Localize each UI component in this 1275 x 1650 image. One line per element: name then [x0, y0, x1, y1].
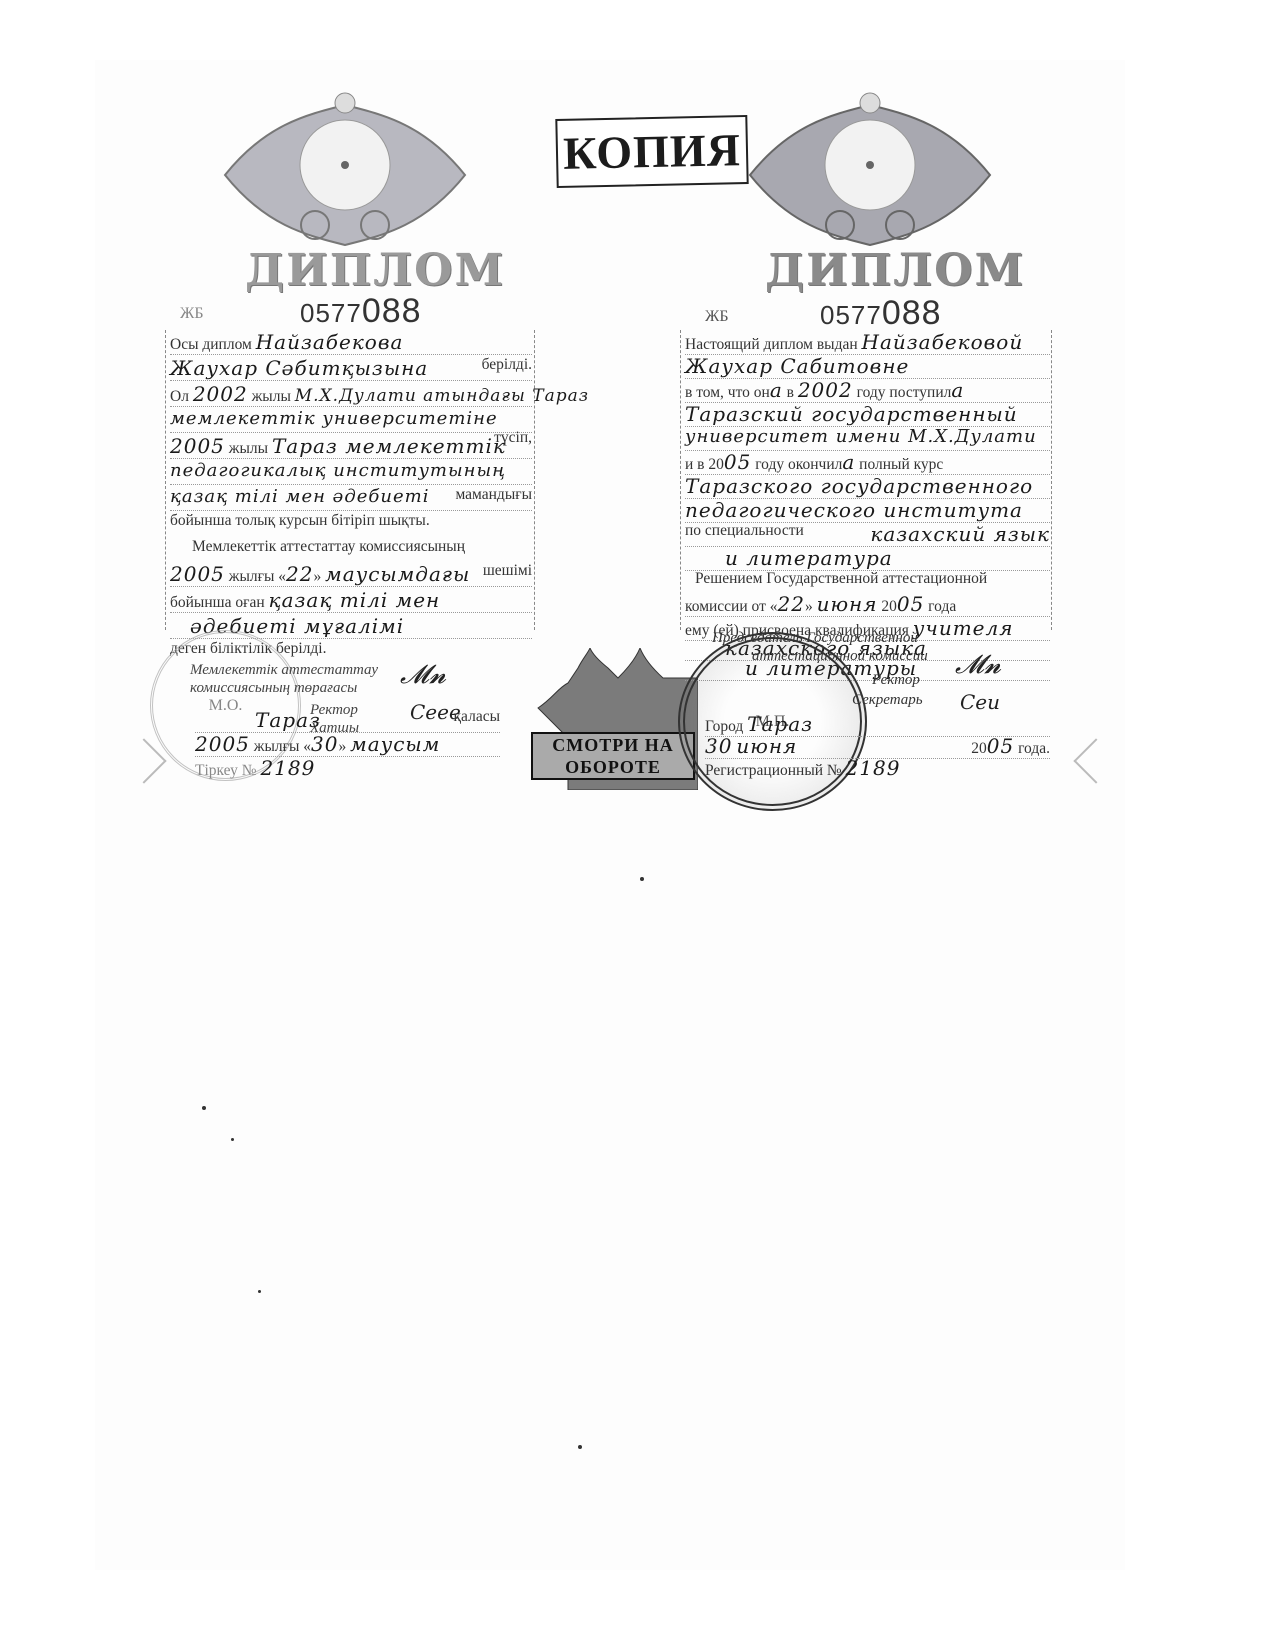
right-rector-signature: 𝓜𝓷	[955, 650, 1001, 681]
label: Решением Государственной аттестационной	[695, 570, 987, 587]
label: году поступил	[857, 384, 952, 401]
left-reg-line: Тіркеу № 2189	[195, 756, 500, 780]
right-line-4: Таразский государственный	[685, 402, 1050, 427]
right-diploma-title: ДИПЛОМ	[765, 245, 1025, 296]
label: »	[314, 568, 322, 585]
left-number-big: 088	[362, 292, 422, 330]
handwritten-month: июня	[817, 592, 878, 616]
label: комиссии от «	[685, 598, 777, 615]
label: в том, что он	[685, 384, 770, 401]
label: бойынша оған	[170, 594, 265, 611]
handwritten-gender: а	[951, 378, 964, 402]
handwritten-institute: Таразского государственного	[685, 474, 1033, 498]
copy-stamp: КОПИЯ	[555, 115, 748, 188]
right-line-2: Жаухар Сабитовне	[685, 354, 1050, 379]
label: бойынша толық курсын бітіріп шықты.	[170, 512, 430, 529]
left-line-5: 2005 жылы Тараз мемлекеттік	[170, 434, 532, 459]
left-line-2: Жаухар Сәбитқызына берілді.	[170, 356, 532, 381]
see-reverse-line-1: СМОТРИ НА	[533, 734, 693, 756]
right-reg-line: Регистрационный № 2189	[705, 756, 1050, 780]
right-line-3: в том, что она в 2002 году поступила	[685, 378, 1050, 403]
handwritten-university: Таразский государственный	[685, 402, 1018, 426]
label: Тіркеу №	[195, 762, 257, 779]
chair-label: аттестационной комиссии	[752, 648, 928, 665]
label: по специальности	[685, 522, 804, 539]
handwritten-month: маусым	[350, 732, 440, 756]
left-rector-signature: 𝓜𝓷	[400, 660, 446, 691]
handwritten-specialty: и литература	[725, 546, 893, 570]
label: шешімі	[483, 562, 532, 580]
handwritten-university: университет имени М.Х.Дулати	[685, 426, 1037, 447]
left-line-10: 2005 жылғы «22» маусымдағы шешімі	[170, 562, 532, 587]
left-series: ЖБ	[180, 305, 204, 323]
see-reverse-stamp: СМОТРИ НАОБОРОТЕ	[531, 732, 695, 780]
label: Настоящий диплом выдан	[685, 336, 858, 353]
left-city-line: Тараз қаласы	[195, 708, 500, 733]
handwritten-year: 2005	[195, 732, 250, 756]
handwritten-gender: а	[770, 378, 783, 402]
label: жылы	[229, 440, 268, 457]
label: полный курс	[859, 456, 943, 473]
secretary-label: Секретарь	[852, 692, 923, 709]
right-emblem-ornament	[730, 85, 1010, 260]
label: мамандығы	[455, 486, 532, 504]
left-line-7: қазақ тілі мен әдебиеті мамандығы	[170, 486, 532, 511]
handwritten-month: маусымдағы	[325, 562, 470, 586]
label: жылы	[252, 388, 291, 405]
handwritten-reg-number: 2189	[260, 756, 315, 780]
handwritten-institute: педагогического института	[685, 498, 1023, 522]
label: 20	[881, 598, 897, 615]
handwritten-year: 05	[897, 592, 924, 616]
handwritten-university: М.Х.Дулати атындағы Тараз	[295, 386, 589, 406]
right-line-6: и в 2005 году окончила полный курс	[685, 450, 1050, 475]
label: Мемлекеттік аттестаттау комиссиясының	[192, 538, 465, 555]
handwritten-text: Тараз мемлекеттік	[272, 434, 506, 458]
label: году окончил	[755, 456, 842, 473]
left-emblem-ornament	[205, 85, 485, 260]
handwritten-city: Тараз	[747, 712, 813, 736]
label: Город	[705, 718, 743, 735]
handwritten-year: 2005	[170, 562, 225, 586]
handwritten-specialty: қазақ тілі мен әдебиеті	[170, 486, 429, 507]
handwritten-specialty: казахский язык	[870, 522, 1050, 546]
handwritten-qualification: қазақ тілі мен	[269, 588, 441, 612]
right-number-big: 088	[882, 294, 942, 332]
left-line-1: Осы диплом Найзабекова	[170, 330, 532, 355]
right-line-12: комиссии от «22» июня 2005 года	[685, 592, 1050, 617]
label: жылғы «	[254, 738, 311, 755]
right-number-small: 0577	[820, 300, 882, 330]
handwritten-year: 05	[724, 450, 751, 474]
right-diploma-number: 0577088	[820, 294, 942, 333]
left-number-small: 0577	[300, 298, 362, 328]
left-line-6: педагогикалық институтының	[170, 460, 532, 485]
handwritten-day: 22	[777, 592, 804, 616]
handwritten-text: мемлекеттік университетіне	[170, 408, 498, 429]
left-date-line: 2005 жылғы «30» маусым	[195, 732, 500, 757]
handwritten-gender: а	[842, 450, 855, 474]
handwritten-year: 2002	[193, 382, 248, 406]
handwritten-name: Жаухар Сәбитқызына	[170, 356, 428, 380]
right-line-10: и литература	[685, 546, 1050, 571]
handwritten-day: 22	[286, 562, 313, 586]
left-line-8: бойынша толық курсын бітіріп шықты.	[170, 512, 532, 536]
rector-label: Ректор	[872, 672, 920, 689]
left-line-11: бойынша оған қазақ тілі мен	[170, 588, 532, 613]
scan-speck	[202, 1106, 206, 1110]
label: Ол	[170, 388, 189, 405]
handwritten-text: педагогикалық институтының	[170, 460, 506, 481]
left-line-9: Мемлекеттік аттестаттау комиссиясының	[170, 538, 532, 562]
label: »	[805, 598, 813, 615]
right-line-9: по специальности казахский язык	[685, 522, 1050, 547]
handwritten-name: Жаухар Сабитовне	[685, 354, 909, 378]
scan-speck	[640, 877, 644, 881]
right-series: ЖБ	[705, 308, 729, 326]
label: и в 20	[685, 456, 724, 473]
label: жылғы «	[229, 568, 286, 585]
right-line-1: Настоящий диплом выдан Найзабековой	[685, 330, 1050, 355]
label: года.	[1018, 740, 1050, 757]
handwritten-surname: Найзабекова	[256, 330, 404, 354]
label: 20	[971, 740, 987, 757]
chair-label: Мемлекеттік аттестаттау	[190, 662, 378, 679]
left-diploma-number: 0577088	[300, 292, 422, 331]
left-diploma-title: ДИПЛОМ	[245, 245, 505, 296]
label: Осы диплом	[170, 336, 252, 353]
left-line-4: мемлекеттік университетіне түсіп,	[170, 408, 532, 433]
right-line-11: Решением Государственной аттестационной	[685, 570, 1050, 594]
scan-speck	[578, 1445, 582, 1449]
right-line-8: педагогического института	[685, 498, 1050, 523]
handwritten-city: Тараз	[195, 708, 321, 732]
label: года	[928, 598, 956, 615]
handwritten-day: 30	[311, 732, 338, 756]
scan-speck	[258, 1290, 261, 1293]
right-secretary-signature: Ceu	[960, 690, 1000, 714]
handwritten-year: 05	[987, 734, 1014, 758]
label: в	[787, 384, 794, 401]
label: қаласы	[454, 708, 500, 726]
handwritten-month: июня	[736, 734, 797, 758]
right-line-7: Таразского государственного	[685, 474, 1050, 499]
left-line-3: Ол 2002 жылы М.Х.Дулати атындағы Тараз	[170, 382, 532, 407]
handwritten-year: 2002	[798, 378, 853, 402]
label: Регистрационный №	[705, 762, 842, 779]
chair-label: Председатель Государственной	[712, 630, 918, 647]
handwritten-surname: Найзабековой	[862, 330, 1024, 354]
handwritten-day: 30	[705, 734, 732, 758]
see-reverse-line-2: ОБОРОТЕ	[533, 756, 693, 778]
label: »	[339, 738, 347, 755]
handwritten-year: 2005	[170, 434, 225, 458]
scan-speck	[231, 1138, 234, 1141]
chair-label: комиссиясының төрағасы	[190, 680, 357, 697]
label: берілді.	[482, 356, 532, 374]
right-line-5: университет имени М.Х.Дулати	[685, 426, 1050, 451]
handwritten-reg-number: 2189	[846, 756, 901, 780]
